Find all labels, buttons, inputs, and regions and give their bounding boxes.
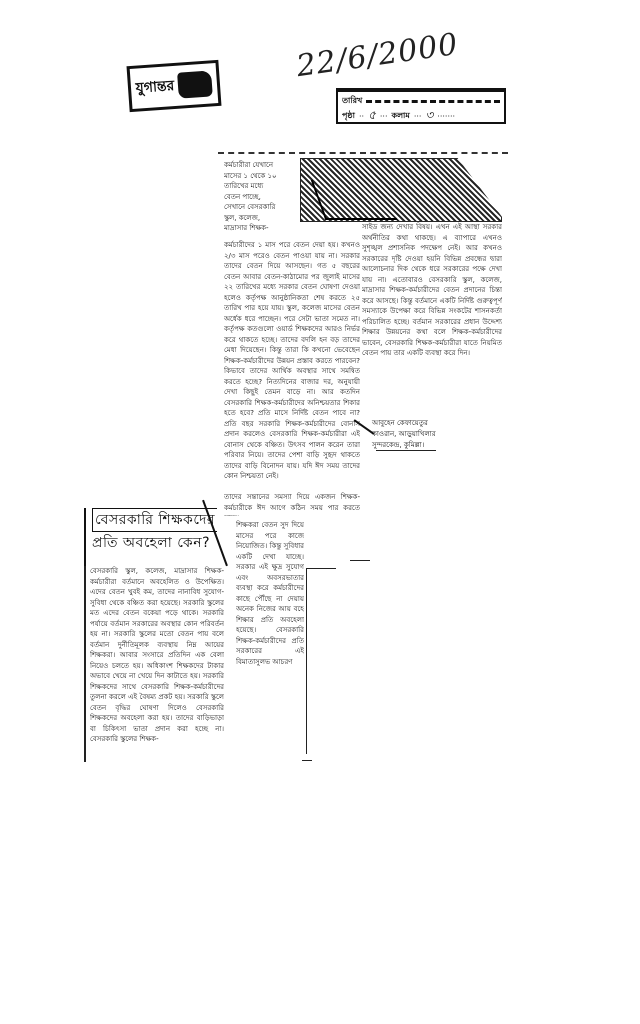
paragraph: শিক্ষকরা বেতন সুদ দিয়ে মাসের পরে কাজে ন… xyxy=(236,520,304,667)
handwritten-date: 22/6/2000 xyxy=(294,27,460,84)
photo-detail xyxy=(311,180,398,220)
article-column-top-left: কর্মচারীরা যেখানে মাসের ১ থেকে ১০ তারিখে… xyxy=(224,160,294,238)
author-place-1: কাওরান, আড়ুয়াখিলার xyxy=(372,429,436,440)
end-mark xyxy=(302,760,312,761)
article-column-middle: কর্মচারীদের ১ মাস পরে বেতন দেয়া হয়। কখ… xyxy=(224,240,360,490)
stamp-date-field xyxy=(366,100,500,103)
paragraph: কর্মচারীদের ১ মাস পরে বেতন দেয়া হয়। কখ… xyxy=(224,240,360,482)
stamp-page-row: পৃষ্ঠা ·· ৫ ··· কলাম ··· ৩ ······· xyxy=(342,109,500,124)
stamp-column-value: ৩ xyxy=(425,109,433,124)
text-line: স্কুল, কলেজ, xyxy=(224,213,294,224)
clipping-top-edge xyxy=(218,152,508,154)
stamp-column-label: কলাম xyxy=(392,110,410,123)
paragraph: বেসরকারি স্কুল, কলেজ, মাদ্রাসার শিক্ষক-ক… xyxy=(90,566,224,745)
stamp-date-label: তারিখ xyxy=(342,95,362,108)
column-rule-right xyxy=(306,568,307,754)
article-column-middle-2: তাদের সন্তানের সমস্যা দিয়ে একজন শিক্ষক-… xyxy=(224,492,360,516)
signature-underline xyxy=(376,450,436,451)
newspaper-masthead: যুগান্তর xyxy=(127,60,222,112)
author-name: আবুহেন কেফায়েতুর xyxy=(372,418,436,429)
stamp-page-value: ৫ xyxy=(368,109,376,124)
paragraph: সাইড জন্য দেখার বিষয়। এখন এই আস্থা সরকা… xyxy=(362,222,502,359)
text-line: তারিখের মধ্যে xyxy=(224,181,294,192)
headline-line-2: প্রতি অবহেলা কেন? xyxy=(92,535,210,551)
text-line: বেতন পাচ্ছে, xyxy=(224,192,294,203)
column-rule-top xyxy=(306,568,336,569)
masthead-title: যুগান্তর xyxy=(135,74,175,101)
headline-block: বেসরকারি শিক্ষকদের প্রতি অবহেলা কেন? xyxy=(84,508,226,566)
text-line: মাদ্রাসার শিক্ষক- xyxy=(224,223,294,234)
article-column-right: সাইড জন্য দেখার বিষয়। এখন এই আস্থা সরকা… xyxy=(362,222,502,412)
headline-line-1: বেসরকারি শিক্ষকদের xyxy=(92,508,217,532)
text-line: কর্মচারীরা যেখানে xyxy=(224,160,294,171)
headline: বেসরকারি শিক্ষকদের প্রতি অবহেলা কেন? xyxy=(86,508,226,554)
article-column-bottom-left: বেসরকারি স্কুল, কলেজ, মাদ্রাসার শিক্ষক-ক… xyxy=(90,566,224,764)
archive-stamp: তারিখ পৃষ্ঠা ·· ৫ ··· কলাম ··· ৩ ······· xyxy=(336,88,506,124)
text-line: মাসের ১ থেকে ১০ xyxy=(224,171,294,182)
stamp-date-row: তারিখ xyxy=(342,94,500,109)
text-line: সেখানে বেসরকারি xyxy=(224,202,294,213)
column-rule-top-2 xyxy=(350,560,370,561)
column-rule-left xyxy=(84,566,86,762)
masthead-ink-blot xyxy=(177,70,213,98)
article-column-narrow: শিক্ষকরা বেতন সুদ দিয়ে মাসের পরে কাজে ন… xyxy=(236,520,304,754)
stamp-page-label: পৃষ্ঠা xyxy=(342,110,355,123)
letter-signature: আবুহেন কেফায়েতুর কাওরান, আড়ুয়াখিলার স… xyxy=(372,418,436,451)
paragraph: তাদের সন্তানের সমস্যা দিয়ে একজন শিক্ষক-… xyxy=(224,492,360,516)
